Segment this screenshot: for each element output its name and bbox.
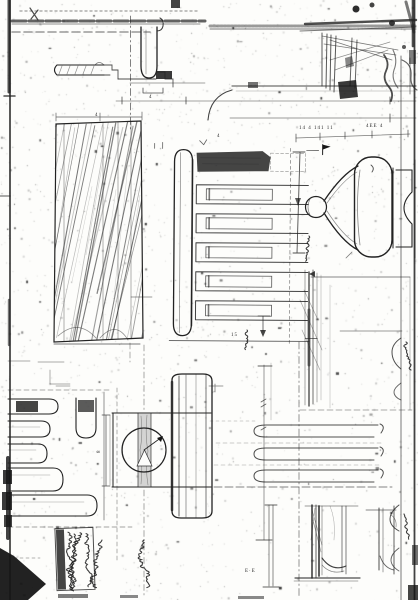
- section-mark-label: E·E: [245, 569, 256, 574]
- fluted-frieze-study: [153, 139, 330, 345]
- tiny-annotation: [245, 330, 248, 350]
- flute-plan-diagram: [102, 413, 211, 487]
- column-fragment: [263, 505, 360, 587]
- edge-moulding-strip: [390, 338, 401, 571]
- dimension-label: 4: [95, 113, 99, 118]
- tiny-annotation: [306, 236, 310, 261]
- upper-dimension-lines: [116, 82, 416, 142]
- entablature-perspective-sketch: [300, 20, 417, 101]
- drawing-layer: 4 4 4 14 4 141 11 4EE 4 15 8 E·E: [0, 0, 418, 600]
- scanned-drawing-sheet: 4 4 4 14 4 141 11 4EE 4 15 8 E·E: [0, 0, 418, 600]
- dimension-label: 15: [231, 333, 238, 338]
- dimension-label: 4: [149, 95, 153, 100]
- handwritten-note: [55, 527, 95, 591]
- handwritten-line: [84, 533, 93, 586]
- tiny-annotation: [404, 514, 409, 539]
- flute-bars-study: [209, 342, 392, 598]
- dimension-label: 8: [97, 450, 102, 454]
- baluster-profile-study: [293, 152, 415, 258]
- dimension-label: 4EE 4: [366, 124, 383, 129]
- dimension-label: 4: [217, 134, 221, 139]
- dimension-label: 14 4 141 11: [299, 126, 334, 131]
- column-shaft-study: [1, 112, 192, 410]
- base-moulding-strip: [172, 374, 212, 518]
- stepped-moulding-profile: [55, 63, 206, 84]
